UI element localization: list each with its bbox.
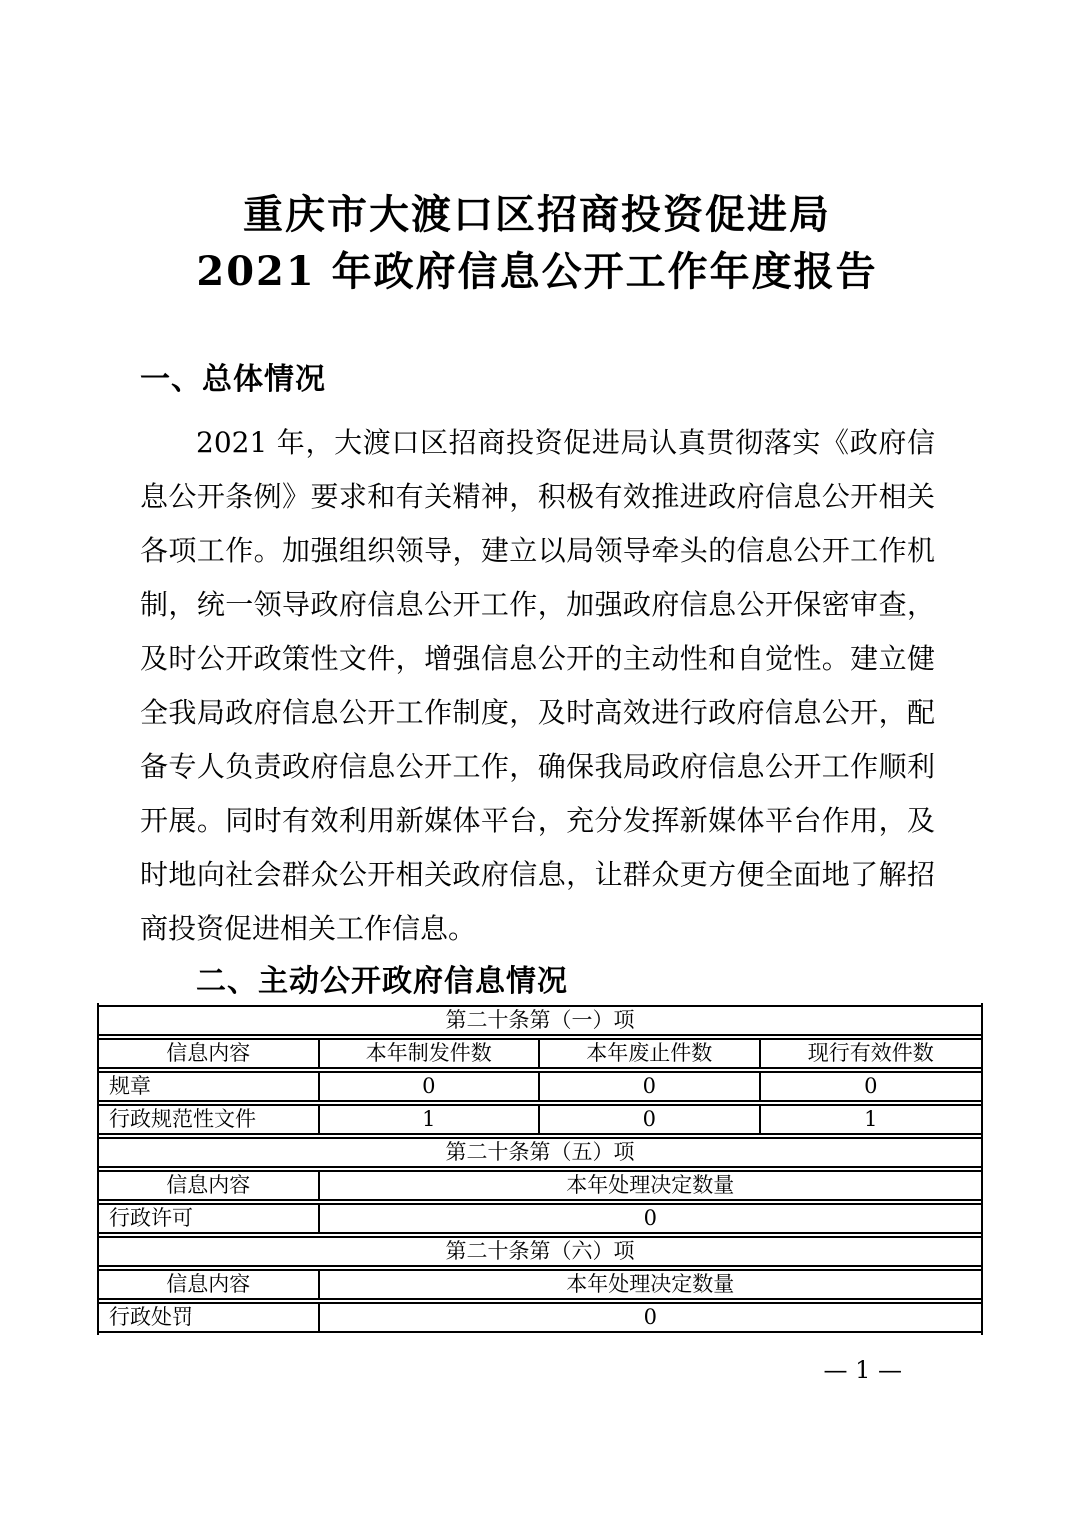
paragraph-line: 制，统一领导政府信息公开工作，加强政府信息公开保密审查， <box>140 578 935 632</box>
table-section-title: 第二十条第（五）项 <box>99 1137 981 1168</box>
section-heading-overview: 一、总体情况 <box>140 362 1074 398</box>
column-header: 本年制发件数 <box>320 1038 541 1069</box>
section-heading-proactive-disclosure: 二、主动公开政府信息情况 <box>140 964 1074 1000</box>
table-section-title: 第二十条第（六）项 <box>99 1236 981 1267</box>
table-header-row: 信息内容 本年处理决定数量 <box>99 1170 981 1201</box>
cell-value: 1 <box>761 1104 982 1135</box>
column-header: 信息内容 <box>99 1170 320 1201</box>
paragraph-line: 时地向社会群众公开相关政府信息，让群众更方便全面地了解招 <box>140 848 935 902</box>
page-number: — 1 — <box>0 1355 1074 1385</box>
document-title-line-2: 2021 年政府信息公开工作年度报告 <box>0 243 1074 300</box>
paragraph-line: 商投资促进相关工作信息。 <box>140 902 935 956</box>
row-label: 规章 <box>99 1071 320 1102</box>
column-header: 本年处理决定数量 <box>320 1269 982 1300</box>
paragraph-line: 及时公开政策性文件，增强信息公开的主动性和自觉性。建立健 <box>140 632 935 686</box>
paragraph-line: 各项工作。加强组织领导，建立以局领导牵头的信息公开工作机 <box>140 524 935 578</box>
paragraph-line: 息公开条例》要求和有关精神，积极有效推进政府信息公开相关 <box>140 470 935 524</box>
column-header: 本年废止件数 <box>540 1038 761 1069</box>
table-section-row: 第二十条第（一）项 <box>99 1005 981 1036</box>
table-row: 行政许可 0 <box>99 1203 981 1234</box>
table-row: 规章 0 0 0 <box>99 1071 981 1102</box>
paragraph-line: 全我局政府信息公开工作制度，及时高效进行政府信息公开，配 <box>140 686 935 740</box>
row-label: 行政处罚 <box>99 1302 320 1333</box>
column-header: 现行有效件数 <box>761 1038 982 1069</box>
column-header: 信息内容 <box>99 1269 320 1300</box>
cell-value: 0 <box>320 1302 982 1333</box>
table-row: 行政处罚 0 <box>99 1302 981 1333</box>
cell-value: 0 <box>320 1203 982 1234</box>
cell-value: 0 <box>320 1071 541 1102</box>
cell-value: 0 <box>761 1071 982 1102</box>
document-page: 重庆市大渡口区招商投资促进局 2021 年政府信息公开工作年度报告 一、总体情况… <box>0 0 1074 1520</box>
table-section-title: 第二十条第（一）项 <box>99 1005 981 1036</box>
table-header-row: 信息内容 本年制发件数 本年废止件数 现行有效件数 <box>99 1038 981 1069</box>
document-title: 重庆市大渡口区招商投资促进局 2021 年政府信息公开工作年度报告 <box>0 0 1074 300</box>
table-section-row: 第二十条第（六）项 <box>99 1236 981 1267</box>
cell-value: 0 <box>540 1104 761 1135</box>
paragraph-line: 2021 年，大渡口区招商投资促进局认真贯彻落实《政府信 <box>140 416 935 470</box>
paragraph-line: 备专人负责政府信息公开工作，确保我局政府信息公开工作顺利 <box>140 740 935 794</box>
table-row: 行政规范性文件 1 0 1 <box>99 1104 981 1135</box>
paragraph-line: 开展。同时有效利用新媒体平台，充分发挥新媒体平台作用，及 <box>140 794 935 848</box>
table-section-row: 第二十条第（五）项 <box>99 1137 981 1168</box>
disclosure-table: 第二十条第（一）项 信息内容 本年制发件数 本年废止件数 现行有效件数 规章 0… <box>97 1003 983 1335</box>
cell-value: 1 <box>320 1104 541 1135</box>
row-label: 行政规范性文件 <box>99 1104 320 1135</box>
overview-paragraph: 2021 年，大渡口区招商投资促进局认真贯彻落实《政府信 息公开条例》要求和有关… <box>140 416 935 956</box>
document-title-line-1: 重庆市大渡口区招商投资促进局 <box>0 186 1074 243</box>
column-header: 本年处理决定数量 <box>320 1170 982 1201</box>
table-header-row: 信息内容 本年处理决定数量 <box>99 1269 981 1300</box>
row-label: 行政许可 <box>99 1203 320 1234</box>
column-header: 信息内容 <box>99 1038 320 1069</box>
cell-value: 0 <box>540 1071 761 1102</box>
